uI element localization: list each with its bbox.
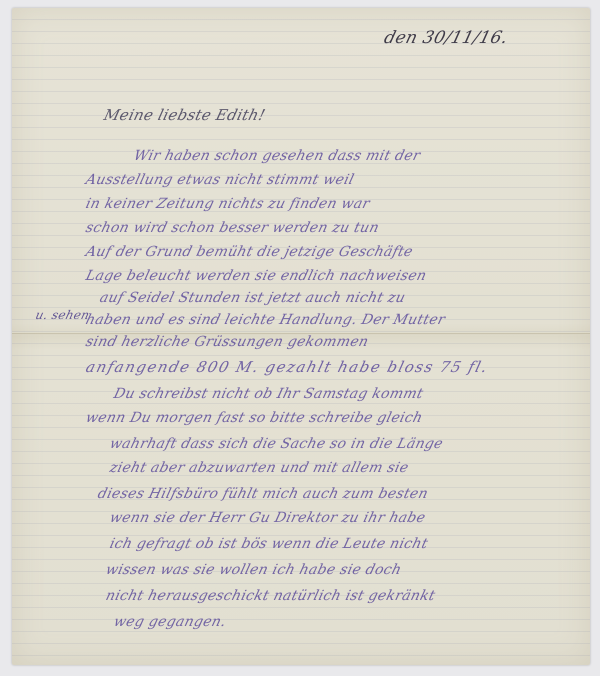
body-line: zieht aber abzuwarten und mit allem sie <box>108 460 410 476</box>
body-line: dieses Hilfsbüro fühlt mich auch zum bes… <box>96 486 430 502</box>
body-line: ich gefragt ob ist bös wenn die Leute ni… <box>108 536 430 552</box>
body-line: wenn sie der Herr Gu Direktor zu ihr hab… <box>108 510 427 526</box>
body-line: wenn Du morgen fast so bitte schreibe gl… <box>84 410 424 426</box>
body-line: Du schreibst nicht ob Ihr Samstag kommt <box>112 386 425 402</box>
salutation: Meine liebste Edith! <box>102 106 267 124</box>
body-line: Wir haben schon gesehen dass mit der <box>132 148 422 164</box>
body-line-amount: anfangende 800 M. gezahlt habe bloss 75 … <box>84 358 490 376</box>
body-line: nicht herausgeschickt natürlich ist gekr… <box>104 588 437 604</box>
body-line: Auf der Grund bemüht die jetzige Geschäf… <box>84 244 415 260</box>
body-line: Ausstellung etwas nicht stimmt weil <box>84 172 356 188</box>
body-line: Lage beleucht werden sie endlich nachwei… <box>84 268 428 284</box>
letter-date: den 30/11/16. <box>382 28 510 48</box>
body-line: weg gegangen. <box>112 614 228 630</box>
body-line: wahrhaft dass sich die Sache so in die L… <box>108 436 445 452</box>
body-line: wissen was sie wollen ich habe sie doch <box>104 562 403 578</box>
body-line: haben und es sind leichte Handlung. Der … <box>84 312 447 328</box>
body-line: auf Seidel Stunden ist jetzt auch nicht … <box>98 290 407 306</box>
body-line: schon wird schon besser werden zu tun <box>84 220 381 236</box>
body-line: sind herzliche Grüssungen gekommen <box>84 334 370 350</box>
body-line: in keiner Zeitung nichts zu finden war <box>84 196 371 212</box>
letter-paper: den 30/11/16. Meine liebste Edith! u. se… <box>12 8 590 665</box>
margin-note: u. sehen <box>34 308 91 322</box>
